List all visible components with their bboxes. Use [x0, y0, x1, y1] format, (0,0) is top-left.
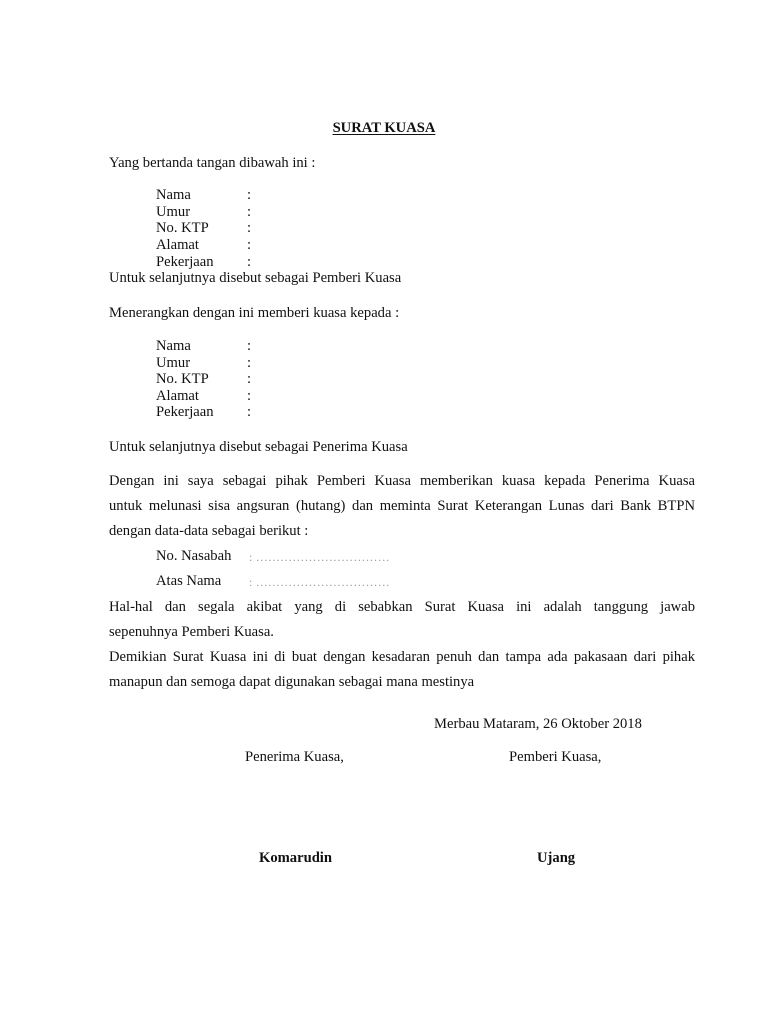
field-label: Pekerjaan: [156, 405, 214, 420]
field-colon: :: [247, 372, 251, 387]
account-label: Atas Nama: [156, 574, 221, 589]
field-label: No. KTP: [156, 221, 209, 236]
field-label: Alamat: [156, 238, 199, 253]
responsibility-line-2: sepenuhnya Pemberi Kuasa.: [109, 625, 274, 640]
account-value-blank: : ……………………………: [249, 576, 390, 588]
document-title: SURAT KUASA: [0, 121, 768, 136]
field-colon: :: [247, 339, 251, 354]
penerima-caption: Untuk selanjutnya disebut sebagai Peneri…: [109, 440, 408, 455]
account-value-blank: : ……………………………: [249, 551, 390, 563]
field-label: Umur: [156, 205, 190, 220]
pemberi-name: Ujang: [537, 851, 575, 866]
field-colon: :: [247, 389, 251, 404]
field-colon: :: [247, 238, 251, 253]
closing-line-1: Demikian Surat Kuasa ini di buat dengan …: [109, 650, 695, 665]
penerima-name: Komarudin: [259, 851, 332, 866]
body-line-3: dengan data-data sebagai berikut :: [109, 524, 308, 539]
field-colon: :: [247, 221, 251, 236]
field-colon: :: [247, 405, 251, 420]
field-label: Nama: [156, 188, 191, 203]
field-label: Umur: [156, 356, 190, 371]
body-line-2: untuk melunasi sisa angsuran (hutang) da…: [109, 499, 695, 514]
field-colon: :: [247, 205, 251, 220]
account-label: No. Nasabah: [156, 549, 231, 564]
field-colon: :: [247, 188, 251, 203]
field-colon: :: [247, 255, 251, 270]
statement-text: Menerangkan dengan ini memberi kuasa kep…: [109, 306, 399, 321]
closing-line-2: manapun dan semoga dapat digunakan sebag…: [109, 675, 474, 690]
field-label: Nama: [156, 339, 191, 354]
field-label: No. KTP: [156, 372, 209, 387]
field-colon: :: [247, 356, 251, 371]
intro-text: Yang bertanda tangan dibawah ini :: [109, 156, 315, 171]
field-label: Alamat: [156, 389, 199, 404]
responsibility-line-1: Hal-hal dan segala akibat yang di sebabk…: [109, 600, 695, 615]
pemberi-signature-label: Pemberi Kuasa,: [509, 750, 601, 765]
body-line-1: Dengan ini saya sebagai pihak Pemberi Ku…: [109, 474, 695, 489]
field-label: Pekerjaan: [156, 255, 214, 270]
penerima-signature-label: Penerima Kuasa,: [245, 750, 344, 765]
place-date: Merbau Mataram, 26 Oktober 2018: [434, 717, 642, 732]
pemberi-caption: Untuk selanjutnya disebut sebagai Pember…: [109, 271, 401, 286]
